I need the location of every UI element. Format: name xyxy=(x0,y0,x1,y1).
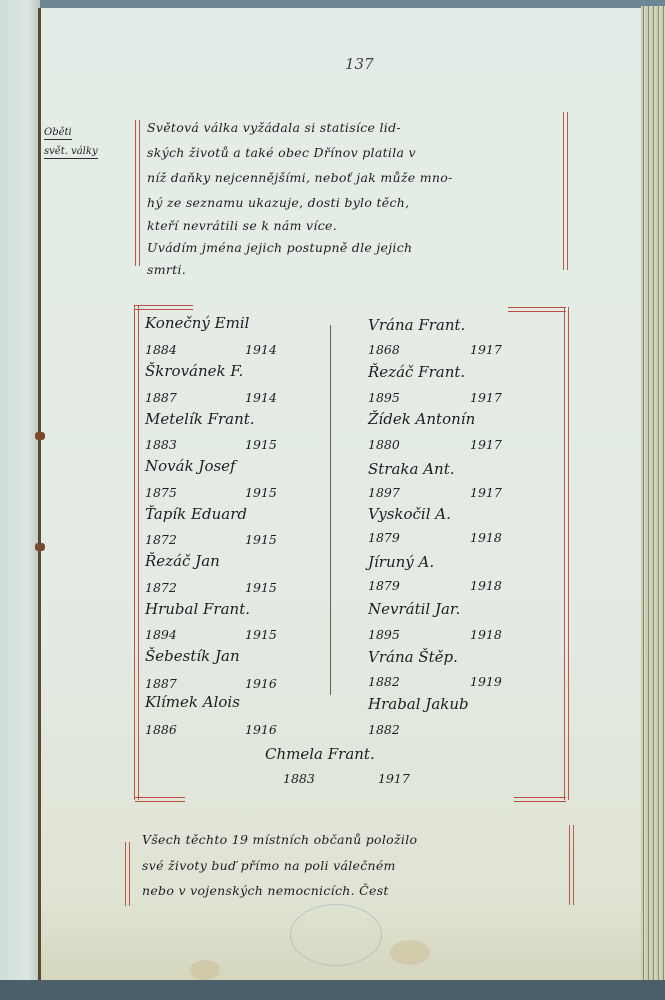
fallen-name: Škrovánek F. xyxy=(145,362,243,380)
birth-year: 1883 xyxy=(283,771,315,786)
death-year: 1919 xyxy=(470,674,502,689)
birth-year: 1884 xyxy=(145,342,177,357)
list-frame-bottom-right xyxy=(514,797,566,802)
list-frame-top-right xyxy=(508,307,566,312)
death-year: 1916 xyxy=(245,722,277,737)
fallen-name: Jíruný A. xyxy=(368,553,434,571)
margin-note-line1: Oběti xyxy=(44,127,72,140)
fallen-name: Klímek Alois xyxy=(145,693,240,711)
birth-year: 1879 xyxy=(368,530,400,545)
binding-stitch xyxy=(35,432,45,440)
fallen-name: Vyskočil A. xyxy=(368,505,451,523)
fallen-name: Straka Ant. xyxy=(368,460,455,478)
death-year: 1917 xyxy=(470,437,502,452)
fallen-name: Řezáč Frant. xyxy=(368,363,465,381)
death-year: 1914 xyxy=(245,390,277,405)
birth-year: 1875 xyxy=(145,485,177,500)
fallen-name: Vrána Frant. xyxy=(368,316,465,334)
fallen-name: Chmela Frant. xyxy=(265,745,375,763)
fallen-name: Žídek Antonín xyxy=(368,410,475,428)
birth-year: 1872 xyxy=(145,580,177,595)
birth-year: 1882 xyxy=(368,722,400,737)
list-frame-left xyxy=(134,305,139,800)
birth-year: 1887 xyxy=(145,390,177,405)
birth-year: 1882 xyxy=(368,674,400,689)
fallen-name: Konečný Emil xyxy=(145,314,249,332)
birth-year: 1868 xyxy=(368,342,400,357)
closing-line: Všech těchto 19 místních občanů položilo xyxy=(142,832,417,847)
birth-year: 1897 xyxy=(368,485,400,500)
fallen-name: Hrubal Frant. xyxy=(145,600,250,618)
red-margin-rule-right xyxy=(563,112,568,270)
red-margin-rule-left-closing xyxy=(125,842,130,906)
book-gutter xyxy=(38,8,41,980)
birth-year: 1880 xyxy=(368,437,400,452)
birth-year: 1895 xyxy=(368,390,400,405)
fallen-name: Hrabal Jakub xyxy=(368,695,469,713)
death-year: 1918 xyxy=(470,627,502,642)
binding-stitch xyxy=(35,543,45,551)
death-year: 1915 xyxy=(245,627,277,642)
fallen-name: Nevrátil Jar. xyxy=(368,600,460,618)
death-year: 1918 xyxy=(470,578,502,593)
list-frame-top-left xyxy=(135,305,193,310)
fallen-name: Vrána Štěp. xyxy=(368,648,458,666)
list-frame-bottom-left xyxy=(135,797,185,802)
death-year: 1917 xyxy=(470,342,502,357)
fallen-name: Ťapík Eduard xyxy=(145,505,247,523)
red-margin-rule-right-closing xyxy=(569,825,574,905)
death-year: 1916 xyxy=(245,676,277,691)
intro-line: kteří nevrátili se k nám více. xyxy=(147,218,337,233)
paper-stain xyxy=(190,960,220,980)
death-year: 1917 xyxy=(470,485,502,500)
death-year: 1915 xyxy=(245,485,277,500)
closing-line: nebo v vojenských nemocnicích. Čest xyxy=(142,883,389,898)
page-number: 137 xyxy=(345,55,374,73)
birth-year: 1887 xyxy=(145,676,177,691)
death-year: 1914 xyxy=(245,342,277,357)
death-year: 1915 xyxy=(245,580,277,595)
death-year: 1918 xyxy=(470,530,502,545)
closing-line: své životy buď přímo na poli válečném xyxy=(142,858,396,873)
intro-line: Světová válka vyžádala si statisíce lid- xyxy=(147,120,401,135)
intro-line: hý ze seznamu ukazuje, dosti bylo těch, xyxy=(147,195,409,210)
fallen-name: Metelík Frant. xyxy=(145,410,255,428)
left-page-edge xyxy=(0,0,40,985)
birth-year: 1895 xyxy=(368,627,400,642)
death-year: 1917 xyxy=(470,390,502,405)
intro-line: ských životů a také obec Dřínov platila … xyxy=(147,145,416,160)
birth-year: 1883 xyxy=(145,437,177,452)
birth-year: 1879 xyxy=(368,578,400,593)
paper-stain xyxy=(390,940,430,965)
death-year: 1917 xyxy=(378,771,410,786)
birth-year: 1894 xyxy=(145,627,177,642)
column-divider xyxy=(330,325,331,695)
death-year: 1915 xyxy=(245,437,277,452)
faded-stamp xyxy=(290,904,382,966)
intro-line: smrti. xyxy=(147,262,186,277)
margin-note-line2: svět. války xyxy=(44,146,98,159)
fallen-name: Novák Josef xyxy=(145,457,236,475)
birth-year: 1886 xyxy=(145,722,177,737)
fallen-name: Řezáč Jan xyxy=(145,552,220,570)
red-margin-rule-left xyxy=(135,120,140,266)
scan-background-bottom xyxy=(0,980,665,1000)
intro-line: níž daňky nejcennějšími, neboť jak může … xyxy=(147,170,453,185)
death-year: 1915 xyxy=(245,532,277,547)
list-frame-right xyxy=(564,307,569,800)
fallen-name: Šebestík Jan xyxy=(145,647,240,665)
page-stack-edges xyxy=(641,6,665,982)
intro-line: Uvádím jména jejich postupně dle jejich xyxy=(147,240,412,255)
birth-year: 1872 xyxy=(145,532,177,547)
